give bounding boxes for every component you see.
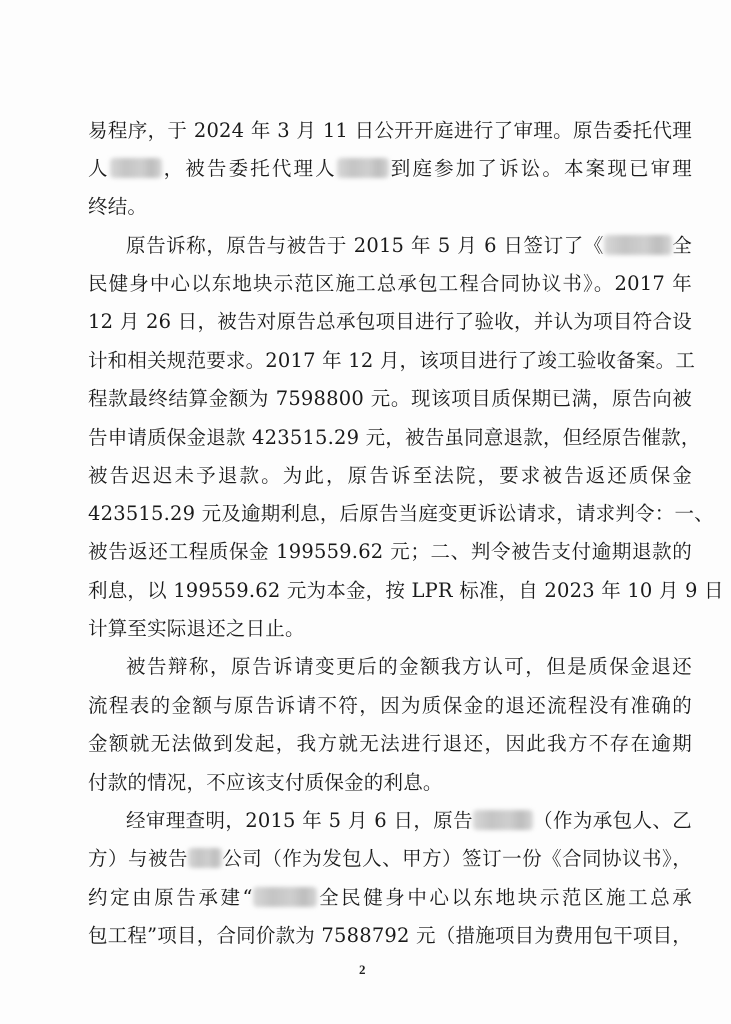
text-line-7: 计和相关规范要求。2017 年 12 月，该项目进行了竣工验收备案。工	[88, 346, 692, 376]
redacted-defendant-agent	[337, 158, 389, 178]
text-segment: 方）与被告	[88, 847, 188, 870]
text-segment: 金额就无法做到发起，我方就无法进行退还，因此我方不存在逾期	[88, 732, 692, 755]
text-line-6: 12 月 26 日，被告对原告总承包项目进行了验收，并认为项目符合设	[88, 307, 692, 337]
text-line-5: 民健身中心以东地块示范区施工总承包工程合同协议书》。2017 年	[88, 269, 692, 299]
text-segment: 流程表的金额与原告诉请不符，因为质保金的退还流程没有准确的	[88, 694, 692, 717]
text-segment: 易程序，于 2024 年 3 月 11 日公开开庭进行了审理。原告委托代理	[88, 119, 692, 142]
redacted-plaintiff-name	[473, 810, 533, 830]
text-segment: 全民健身中心以东地块示范区施工总承	[317, 886, 692, 909]
text-segment: 告申请质保金退款 423515.29 元，被告虽同意退款，但经原告催款，	[88, 426, 701, 449]
text-segment: 被告返还工程质保金 199559.62 元；二、判令被告支付逾期退款的	[88, 540, 692, 563]
text-line-2: 人，被告委托代理人到庭参加了诉讼。本案现已审理	[88, 154, 692, 184]
text-line-4: 原告诉称，原告与被告于 2015 年 5 月 6 日签订了《全	[126, 231, 692, 261]
text-line-3: 终结。	[88, 192, 692, 222]
text-segment: 利息，以 199559.62 元为本金，按 LPR 标准，自 2023 年 10…	[88, 579, 724, 602]
text-line-21: 约定由原告承建“全民健身中心以东地块示范区施工总承	[88, 883, 692, 913]
text-line-20: 方）与被告公司（作为发包人、甲方）签订一份《合同协议书》，	[88, 844, 692, 874]
text-segment: ，被告委托代理人	[162, 157, 337, 180]
text-segment: 423515.29 元及逾期利息，后原告当庭变更诉讼请求，请求判令：一、	[88, 502, 714, 525]
text-segment: 计算至实际退还之日止。	[88, 617, 305, 640]
text-segment: 人	[88, 157, 110, 180]
text-line-15: 被告辩称，原告诉请变更后的金额我方认可，但是质保金退还	[126, 652, 692, 682]
text-line-22: 包工程”项目，合同价款为 7588792 元（措施项目为费用包干项目，	[88, 921, 692, 951]
text-segment: （作为承包人、乙	[533, 809, 692, 832]
text-segment: 原告诉称，原告与被告于 2015 年 5 月 6 日签订了《	[126, 234, 604, 257]
text-segment: 公司（作为发包人、甲方）签订一份《合同协议书》，	[222, 847, 692, 870]
text-line-18: 付款的情况，不应该支付质保金的利息。	[88, 768, 692, 798]
text-line-1: 易程序，于 2024 年 3 月 11 日公开开庭进行了审理。原告委托代理	[88, 116, 692, 146]
text-segment: 经审理查明，2015 年 5 月 6 日，原告	[126, 809, 473, 832]
text-line-14: 计算至实际退还之日止。	[88, 614, 692, 644]
text-segment: 包工程”项目，合同价款为 7588792 元（措施项目为费用包干项目，	[88, 924, 692, 947]
text-line-13: 利息，以 199559.62 元为本金，按 LPR 标准，自 2023 年 10…	[88, 576, 692, 606]
text-line-17: 金额就无法做到发起，我方就无法进行退还，因此我方不存在逾期	[88, 729, 692, 759]
text-segment: 12 月 26 日，被告对原告总承包项目进行了验收，并认为项目符合设	[88, 310, 692, 333]
text-segment: 付款的情况，不应该支付质保金的利息。	[88, 771, 443, 794]
redacted-project-name	[253, 887, 317, 907]
text-line-9: 告申请质保金退款 423515.29 元，被告虽同意退款，但经原告催款，	[88, 423, 692, 453]
text-segment: 被告迟迟未予退款。为此，原告诉至法院，要求被告返还质保金	[88, 464, 692, 487]
text-segment: 到庭参加了诉讼。本案现已审理	[389, 157, 692, 180]
text-line-16: 流程表的金额与原告诉请不符，因为质保金的退还流程没有准确的	[88, 691, 692, 721]
text-line-10: 被告迟迟未予退款。为此，原告诉至法院，要求被告返还质保金	[88, 461, 692, 491]
text-line-8: 程款最终结算金额为 7598800 元。现该项目质保期已满，原告向被	[88, 384, 692, 414]
page-number: 2	[359, 962, 366, 978]
text-segment: 计和相关规范要求。2017 年 12 月，该项目进行了竣工验收备案。工	[88, 349, 695, 372]
redacted-plaintiff-agent	[110, 158, 162, 178]
text-segment: 终结。	[88, 195, 147, 218]
text-segment: 被告辩称，原告诉请变更后的金额我方认可，但是质保金退还	[126, 655, 692, 678]
text-segment: 民健身中心以东地块示范区施工总承包工程合同协议书》。2017 年	[88, 272, 692, 295]
redacted-project-name	[604, 235, 672, 255]
text-segment: 程款最终结算金额为 7598800 元。现该项目质保期已满，原告向被	[88, 387, 692, 410]
text-line-12: 被告返还工程质保金 199559.62 元；二、判令被告支付逾期退款的	[88, 537, 692, 567]
text-segment: 约定由原告承建“	[88, 886, 253, 909]
text-line-19: 经审理查明，2015 年 5 月 6 日，原告（作为承包人、乙	[126, 806, 692, 836]
text-line-11: 423515.29 元及逾期利息，后原告当庭变更诉讼请求，请求判令：一、	[88, 499, 692, 529]
text-segment: 全	[672, 234, 692, 257]
document-page: 易程序，于 2024 年 3 月 11 日公开开庭进行了审理。原告委托代理 人，…	[0, 0, 731, 1024]
redacted-defendant-name	[188, 848, 222, 868]
